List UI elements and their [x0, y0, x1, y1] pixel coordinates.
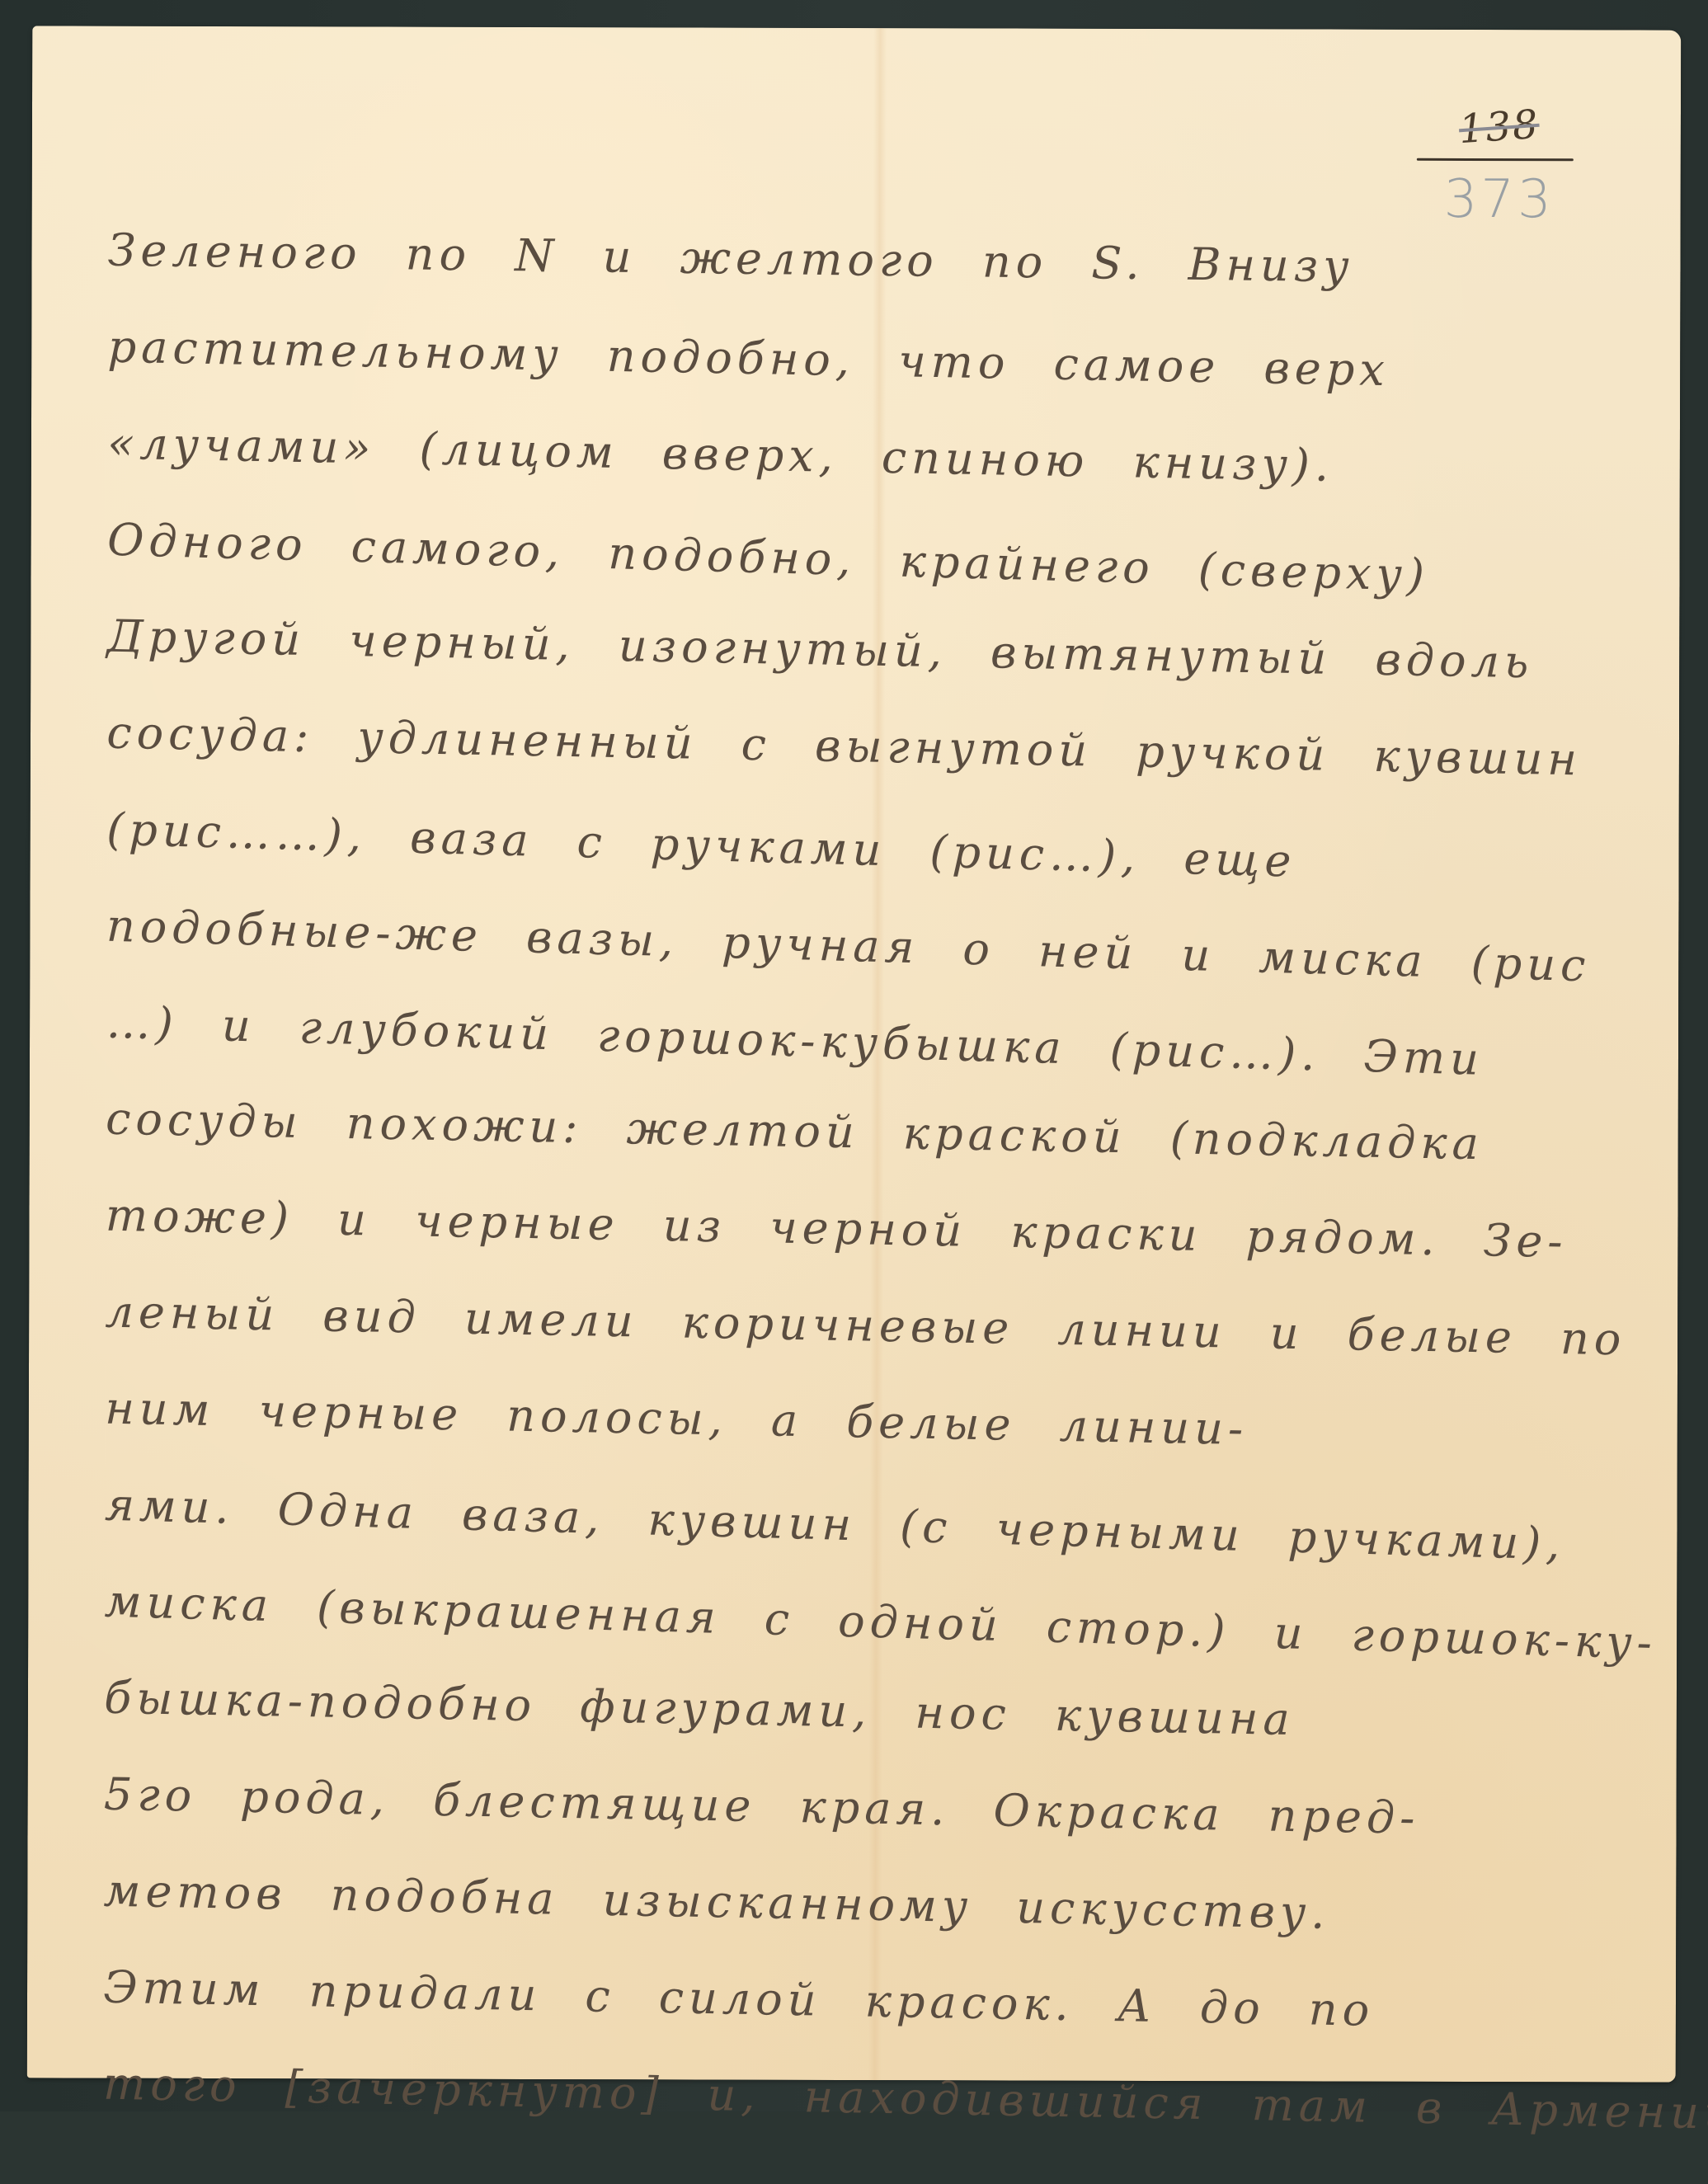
handwritten-text: Зеленого по N и желтого по S. Внизу раст… — [103, 224, 1650, 2111]
text-line-1: Зеленого по N и желтого по S. Внизу — [107, 224, 1650, 341]
folio-new-number: 373 — [1442, 169, 1557, 230]
folio-underline — [1417, 158, 1574, 161]
folio-old-number: 138 — [1457, 101, 1541, 153]
folio-number: 138 373 — [1442, 104, 1557, 230]
manuscript-page: 138 373 Зеленого по N и желтого по S. Вн… — [27, 26, 1682, 2082]
